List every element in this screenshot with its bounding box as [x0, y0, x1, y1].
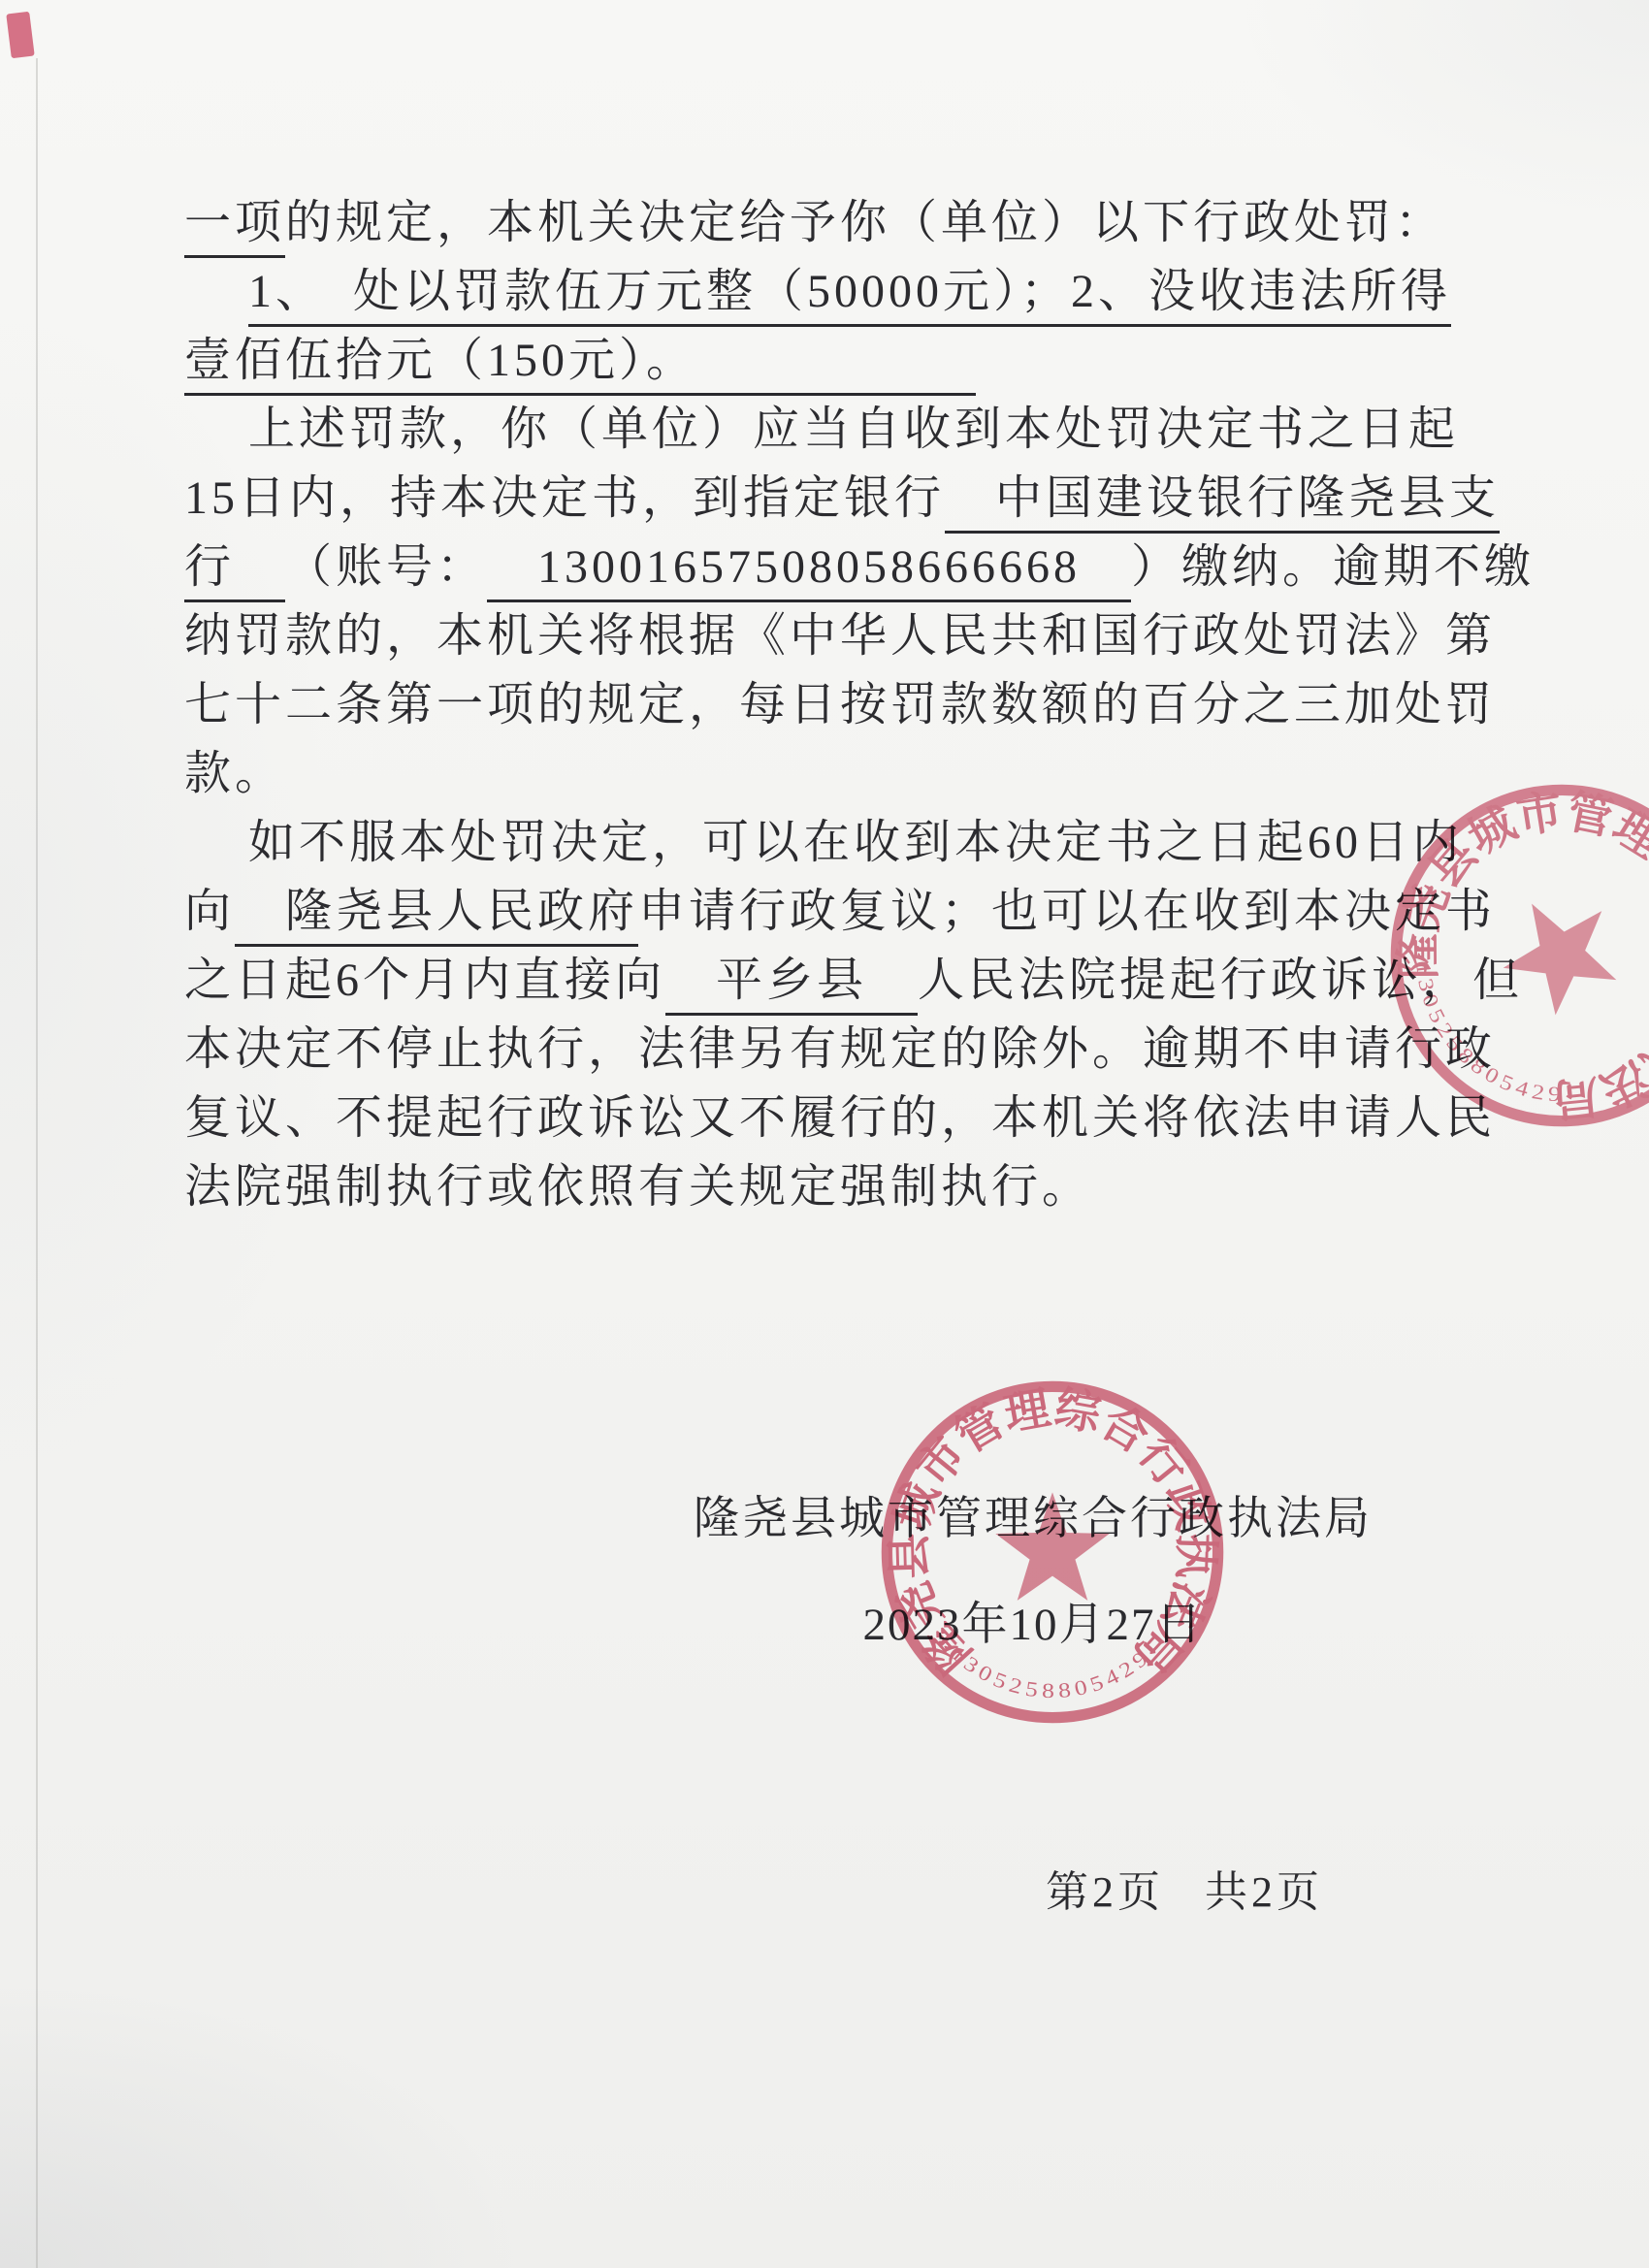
body-line: 七十二条第一项的规定，每日按罚款数额的百分之三加处罚: [184, 670, 1432, 739]
page-footer: 第2页共2页: [1046, 1857, 1323, 1919]
body-line: 向 隆尧县人民政府申请行政复议；也可以在收到本决定书: [184, 877, 1432, 946]
text-segment: 七十二条第一项的规定，每日按罚款数额的百分之三加处罚: [184, 677, 1496, 737]
body-text: 一项的规定，本机关决定给予你（单位）以下行政处罚：1、 处以罚款伍万元整（500…: [184, 188, 1432, 1221]
official-seal: 隆尧县城市管理综合行政执法局 1305258805429: [873, 1373, 1232, 1732]
text-segment: 复议、不提起行政诉讼又不履行的，本机关将依法申请人民: [184, 1090, 1496, 1150]
underlined-filled-blank: 平乡县: [665, 953, 918, 1016]
underlined-filled-blank: 一项: [184, 195, 285, 258]
body-line: 纳罚款的，本机关将根据《中华人民共和国行政处罚法》第: [184, 601, 1432, 670]
page-number-total: 共2页: [1205, 1868, 1323, 1916]
body-line: 15日内，持本决定书，到指定银行 中国建设银行隆尧县支: [184, 464, 1432, 533]
text-segment: 法院强制执行或依照有关规定强制执行。: [184, 1159, 1092, 1219]
scan-edge-line: [36, 58, 38, 2268]
body-line: 款。: [184, 739, 1432, 808]
body-line: 之日起6个月内直接向 平乡县 人民法院提起行政诉讼，但: [184, 946, 1432, 1015]
body-line: 1、 处以罚款伍万元整（50000元）；2、没收违法所得: [184, 257, 1432, 326]
body-line: 本决定不停止执行，法律另有规定的除外。逾期不申请行政: [184, 1015, 1432, 1084]
text-segment: 纳罚款的，本机关将根据《中华人民共和国行政处罚法》第: [184, 608, 1496, 668]
text-segment: 如不服本处罚决定，可以在收到本决定书之日起60日内: [248, 815, 1463, 875]
body-line: 行 （账号： 13001657508058666668 ）缴纳。逾期不缴: [184, 533, 1432, 601]
text-segment: 款。: [184, 746, 285, 806]
body-line: 法院强制执行或依照有关规定强制执行。: [184, 1152, 1432, 1221]
text-segment: 上述罚款，你（单位）应当自收到本处罚决定书之日起: [248, 402, 1459, 462]
text-segment: 本决定不停止执行，法律另有规定的除外。逾期不申请行政: [184, 1021, 1496, 1082]
text-segment: 的规定，本机关决定给予你（单位）以下行政处罚：: [285, 195, 1445, 255]
underlined-filled-blank: 行: [184, 539, 285, 602]
star-icon: [995, 1492, 1109, 1601]
red-corner-mark: [6, 12, 34, 59]
body-line: 壹佰伍拾元（150元）。: [184, 326, 1432, 395]
star-icon: [1487, 873, 1644, 1029]
text-segment: 15日内，持本决定书，到指定银行: [184, 470, 945, 531]
document-page: 一项的规定，本机关决定给予你（单位）以下行政处罚：1、 处以罚款伍万元整（500…: [0, 0, 1649, 2268]
text-segment: （账号：: [285, 539, 487, 599]
text-segment: 之日起6个月内直接向: [184, 953, 665, 1013]
underlined-filled-blank: 1、 处以罚款伍万元整（50000元）；2、没收违法所得: [248, 264, 1451, 327]
body-line: 上述罚款，你（单位）应当自收到本处罚决定书之日起: [184, 395, 1432, 464]
underlined-filled-blank: 13001657508058666668: [487, 539, 1131, 602]
official-seal-graphic: 隆尧县城市管理综合行政执法局 1305258805429: [873, 1373, 1232, 1732]
text-segment: ）缴纳。逾期不缴: [1131, 539, 1535, 599]
page-number-current: 第2页: [1046, 1868, 1164, 1916]
underlined-filled-blank: 壹佰伍拾元（150元）。: [184, 333, 976, 396]
underlined-filled-blank: 隆尧县人民政府: [235, 884, 638, 947]
body-line: 一项的规定，本机关决定给予你（单位）以下行政处罚：: [184, 188, 1432, 257]
body-line: 复议、不提起行政诉讼又不履行的，本机关将依法申请人民: [184, 1084, 1432, 1152]
underlined-filled-blank: 中国建设银行隆尧县支: [945, 470, 1500, 534]
text-segment: 向: [184, 884, 235, 944]
body-line: 如不服本处罚决定，可以在收到本决定书之日起60日内: [184, 808, 1432, 877]
